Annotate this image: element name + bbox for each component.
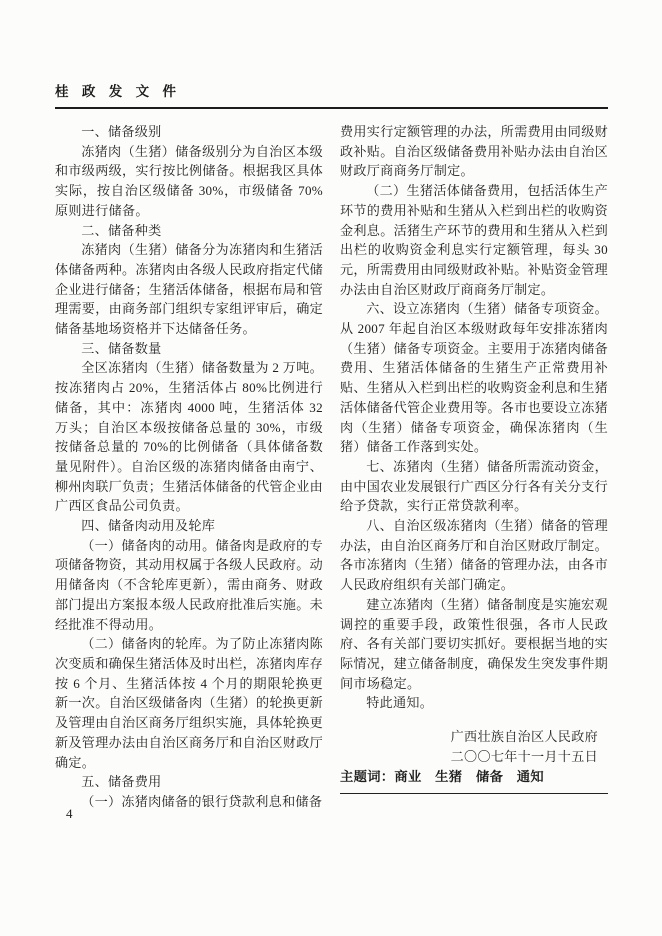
section-heading: 三、储备数量 — [55, 339, 323, 359]
page-number: 4 — [66, 806, 73, 822]
subject-keywords-line: 主题词：商业 生猪 储备 通知 — [340, 767, 608, 795]
section-heading: 五、储备费用 — [55, 772, 323, 792]
document-header-title: 桂 政 发 文 件 — [55, 80, 608, 109]
section-heading: 一、储备级别 — [55, 122, 323, 142]
right-column: 费用实行定额管理的办法，所需费用由同级财政补贴。自治区级储备费用补贴办法由自治区… — [340, 122, 608, 812]
closing-line: 特此通知。 — [340, 693, 608, 713]
document-page: 桂 政 发 文 件 一、储备级别 冻猪肉（生猪）储备级别分为自治区本级和市级两级… — [0, 0, 662, 936]
left-column: 一、储备级别 冻猪肉（生猪）储备级别分为自治区本级和市级两级，实行按比例储备。根… — [55, 122, 323, 812]
paragraph: 八、自治区级冻猪肉（生猪）储备的管理办法，由自治区商务厅和自治区财政厅制定。各市… — [340, 516, 608, 595]
paragraph-partial: （一）冻猪肉储备的银行贷款利息和储备 — [55, 792, 323, 812]
paragraph: 冻猪肉（生猪）储备级别分为自治区本级和市级两级，实行按比例储备。根据我区具体实际… — [55, 142, 323, 221]
signature-block: 广西壮族自治区人民政府 二〇〇七年十一月十五日 — [340, 727, 608, 766]
signature-date: 二〇〇七年十一月十五日 — [340, 747, 598, 767]
paragraph: （一）储备肉的动用。储备肉是政府的专项储备物资，其动用权属于各级人民政府。动用储… — [55, 536, 323, 635]
paragraph: 七、冻猪肉（生猪）储备所需流动资金，由中国农业发展银行广西区分行各有关分支行给予… — [340, 457, 608, 516]
paragraph-continuation: 费用实行定额管理的办法，所需费用由同级财政补贴。自治区级储备费用补贴办法由自治区… — [340, 122, 608, 181]
section-heading: 四、储备肉动用及轮库 — [55, 516, 323, 536]
paragraph: （二）生猪活体储备费用，包括活体生产环节的费用补贴和生猪从入栏到出栏的收购资金利… — [340, 181, 608, 299]
paragraph: 六、设立冻猪肉（生猪）储备专项资金。从 2007 年起自治区本级财政每年安排冻猪… — [340, 299, 608, 457]
document-content: 桂 政 发 文 件 一、储备级别 冻猪肉（生猪）储备级别分为自治区本级和市级两级… — [55, 80, 608, 812]
signature-organization: 广西壮族自治区人民政府 — [340, 727, 598, 747]
paragraph: 冻猪肉（生猪）储备分为冻猪肉和生猪活体储备两种。冻猪肉由各级人民政府指定代储企业… — [55, 240, 323, 339]
paragraph: 全区冻猪肉（生猪）储备数量为 2 万吨。按冻猪肉占 20%，生猪活体占 80%比… — [55, 358, 323, 516]
section-heading: 二、储备种类 — [55, 221, 323, 241]
two-column-body: 一、储备级别 冻猪肉（生猪）储备级别分为自治区本级和市级两级，实行按比例储备。根… — [55, 122, 608, 812]
paragraph: （二）储备肉的轮库。为了防止冻猪肉陈次变质和确保生猪活体及时出栏，冻猪肉库存按 … — [55, 634, 323, 772]
paragraph: 建立冻猪肉（生猪）储备制度是实施宏观调控的重要手段，政策性很强，各市人民政府、各… — [340, 595, 608, 694]
